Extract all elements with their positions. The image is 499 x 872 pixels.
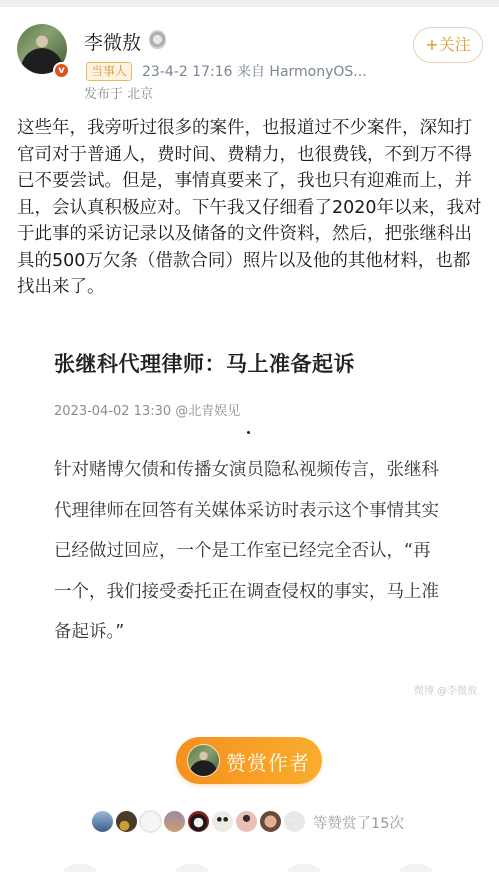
weibo-watermark: 微博 @李微敖 (414, 682, 477, 697)
article-body: 针对赌博欠债和传播女演员隐私视频传言，张继科代理律师在回答有关媒体采访时表示这个… (54, 450, 444, 653)
role-tag: 当事人 (86, 62, 132, 81)
action-icon[interactable] (64, 864, 96, 872)
bottom-action-bar-edge (0, 862, 499, 872)
more-supporters-icon[interactable]: ··· (283, 810, 306, 833)
supporters-count-text[interactable]: 等赞赏了15次 (313, 812, 404, 833)
verified-v-icon: v (53, 62, 70, 79)
supporter-avatar[interactable] (211, 810, 234, 833)
action-icon[interactable] (176, 864, 208, 872)
article-title: 张继科代理律师：马上准备起诉 (54, 348, 355, 378)
status-bar-strip (0, 0, 499, 7)
supporter-avatar[interactable] (259, 810, 282, 833)
supporter-avatar[interactable] (187, 810, 210, 833)
medal-icon[interactable] (149, 30, 166, 49)
author-avatar-small (187, 744, 220, 777)
post-meta: 23-4-2 17:16 来自 HarmonyOS... (142, 61, 367, 81)
action-icon[interactable] (400, 864, 432, 872)
supporters-list[interactable]: ··· 等赞赏了15次 (91, 810, 421, 834)
supporter-avatar[interactable] (91, 810, 114, 833)
post-header: v 李微敖 当事人 23-4-2 17:16 来自 HarmonyOS... 发… (0, 7, 499, 102)
post-text: 这些年，我旁听过很多的案件，也报道过不少案件，深知打官司对于普通人，费时间、费精… (17, 115, 487, 301)
article-meta: 2023-04-02 13:30 @北青娱见 (54, 400, 240, 419)
author-name[interactable]: 李微敖 (84, 28, 141, 55)
supporter-avatar[interactable] (139, 810, 162, 833)
follow-button[interactable]: +关注 (413, 27, 483, 63)
supporter-avatar[interactable] (163, 810, 186, 833)
reward-author-button[interactable]: 赞赏作者 (176, 737, 322, 784)
action-icon[interactable] (288, 864, 320, 872)
dot-mark (247, 431, 250, 434)
supporter-avatar[interactable] (115, 810, 138, 833)
supporter-avatar[interactable] (235, 810, 258, 833)
reward-label: 赞赏作者 (226, 747, 310, 776)
post-location: 发布于 北京 (84, 83, 153, 102)
